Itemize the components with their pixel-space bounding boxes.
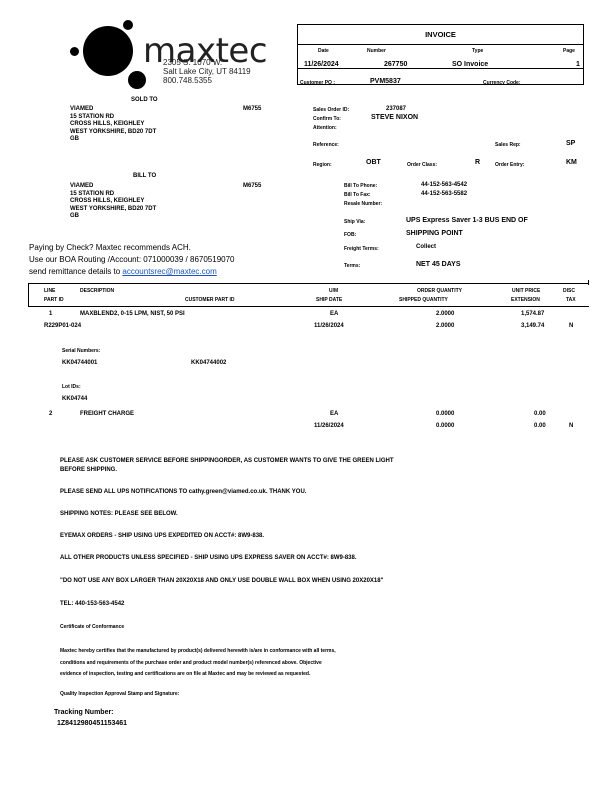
tracking-label: Tracking Number: <box>54 709 114 716</box>
row-tax: N <box>569 323 573 329</box>
row-extension: 0.00 <box>534 423 546 429</box>
sales-rep: SP <box>566 140 575 147</box>
col-shipped-qty: SHIPPED QUANTITY <box>399 297 448 303</box>
logo-dot-large <box>83 26 133 76</box>
certificate-body: Maxtec hereby certifies that the manufac… <box>60 646 336 681</box>
order-class: R <box>475 159 480 166</box>
freight-terms-label: Freight Terms: <box>344 246 379 252</box>
company-address-line1: 2305 S. 1070 W. <box>163 58 222 67</box>
row-part-id: R229P01-024 <box>44 323 81 329</box>
customer-po: PVM5837 <box>370 78 401 85</box>
order-entry: KM <box>566 159 577 166</box>
invoice-type: SO Invoice <box>452 61 488 68</box>
row-line: 1 <box>49 311 52 317</box>
bill-to-line: CROSS HILLS, KEIGHLEY <box>70 198 156 206</box>
sales-rep-label: Sales Rep: <box>495 142 521 148</box>
line-items-header <box>28 283 589 307</box>
certificate-body-line: conditions and requirements of the purch… <box>60 658 336 670</box>
ship-via: UPS Express Saver 1-3 BUS END OF <box>406 217 528 224</box>
terms: NET 45 DAYS <box>416 261 460 268</box>
resale-number-label: Resale Number: <box>344 201 382 207</box>
serial-numbers-label: Serial Numbers: <box>62 348 100 354</box>
row-tax: N <box>569 423 573 429</box>
note-line: "DO NOT USE ANY BOX LARGER THAN 20X20X18… <box>60 578 383 584</box>
customer-po-label: Customer PO : <box>300 80 335 86</box>
reference-label: Reference: <box>313 142 339 148</box>
sold-to-heading: SOLD TO <box>131 97 158 103</box>
col-customer-part-id: CUSTOMER PART ID <box>185 297 235 303</box>
invoice-header-box: INVOICE <box>297 24 584 85</box>
col-order-qty: ORDER QUANTITY <box>417 288 462 294</box>
payment-note-line1: Paying by Check? Maxtec recommends ACH. <box>29 243 191 252</box>
col-line: LINE <box>44 288 55 294</box>
freight-terms: Collect <box>416 244 436 250</box>
payment-note-line2: Use our BOA Routing /Account: 071000039 … <box>29 255 234 264</box>
logo-dot-small-top <box>123 20 133 30</box>
lot-ids-label: Lot IDs: <box>62 384 81 390</box>
row-shipped-qty: 2.0000 <box>436 323 454 329</box>
logo-dot-small-left <box>70 47 79 56</box>
ship-via-label: Ship Via: <box>344 219 365 225</box>
invoice-box-divider <box>298 68 583 69</box>
row-ship-date: 11/26/2024 <box>314 423 344 429</box>
currency-code-label: Currency Code: <box>483 80 521 86</box>
remittance-email-link[interactable]: accountsrec@maxtec.com <box>122 267 216 276</box>
invoice-date: 11/26/2024 <box>304 61 339 68</box>
col-tax: TAX <box>566 297 576 303</box>
row-unit-price: 1,574.87 <box>521 311 544 317</box>
row-description: FREIGHT CHARGE <box>80 411 134 417</box>
row-description: MAXBLEND2, 0-15 LPM, NIST, 50 PSI <box>80 311 185 317</box>
bill-to-name: VIAMED <box>70 183 156 191</box>
col-disc: DISC <box>563 288 575 294</box>
serial-number: KK04744001 <box>62 360 97 366</box>
sales-order-label: Sales Order ID: <box>313 107 349 113</box>
sold-to-line: CROSS HILLS, KEIGHLEY <box>70 121 156 129</box>
row-um: EA <box>330 411 338 417</box>
bill-to-heading: BILL TO <box>133 173 156 179</box>
region: OBT <box>366 159 381 166</box>
invoice-number-label: Number <box>367 48 386 54</box>
row-line: 2 <box>49 411 52 417</box>
lot-id: KK04744 <box>62 396 87 402</box>
bill-to-line: 15 STATION RD <box>70 191 156 199</box>
bill-to-fax: 44-152-563-5582 <box>421 191 467 197</box>
sold-to-line: 15 STATION RD <box>70 114 156 122</box>
row-um: EA <box>330 311 338 317</box>
signature-label: Quality Inspection Approval Stamp and Si… <box>60 691 179 697</box>
region-label: Region: <box>313 162 332 168</box>
fob: SHIPPING POINT <box>406 230 463 237</box>
invoice-type-label: Type <box>472 48 483 54</box>
note-line: SHIPPING NOTES: PLEASE SEE BELOW. <box>60 511 178 517</box>
payment-note-line3: send remittance details to accountsrec@m… <box>29 267 217 276</box>
bill-to-phone-label: Bill To Phone: <box>344 183 377 189</box>
terms-label: Terms: <box>344 263 360 269</box>
invoice-page: 1 <box>576 61 580 68</box>
row-extension: 3,149.74 <box>521 323 544 329</box>
bill-to-fax-label: Bill To Fax: <box>344 192 371 198</box>
row-order-qty: 2.0000 <box>436 311 454 317</box>
payment-note-prefix: send remittance details to <box>29 267 122 276</box>
col-um: U/M <box>329 288 338 294</box>
bill-to-line: GB <box>70 213 156 221</box>
sold-to-line: WEST YORKSHIRE, BD20 7DT <box>70 129 156 137</box>
invoice-date-label: Date <box>318 48 329 54</box>
bill-to-customer-id: M6755 <box>243 183 261 189</box>
col-part-id: PART ID <box>44 297 64 303</box>
certificate-heading: Certificate of Conformance <box>60 624 124 630</box>
note-line: BEFORE SHIPPING. <box>60 467 117 473</box>
col-extension: EXTENSION <box>511 297 540 303</box>
header-corner-tick <box>588 280 589 285</box>
col-description: DESCRIPTION <box>80 288 114 294</box>
row-unit-price: 0.00 <box>534 411 546 417</box>
sales-order-id: 237087 <box>386 106 406 112</box>
invoice-page-label: Page <box>563 48 575 54</box>
order-entry-label: Order Entry: <box>495 162 524 168</box>
attention-label: Attention: <box>313 125 337 131</box>
note-line: PLEASE SEND ALL UPS NOTIFICATIONS TO cat… <box>60 489 306 495</box>
sold-to-name: VIAMED <box>70 106 156 114</box>
certificate-body-line: Maxtec hereby certifies that the manufac… <box>60 646 336 658</box>
sold-to-address: VIAMED 15 STATION RD CROSS HILLS, KEIGHL… <box>70 106 156 144</box>
bill-to-phone: 44-152-563-4542 <box>421 182 467 188</box>
company-phone: 800.748.5355 <box>163 76 212 85</box>
invoice-number: 267750 <box>384 61 407 68</box>
order-class-label: Order Class: <box>407 162 437 168</box>
note-line: TEL: 440-153-563-4542 <box>60 601 124 607</box>
note-line: ALL OTHER PRODUCTS UNLESS SPECIFIED - SH… <box>60 555 357 561</box>
col-ship-date: SHIP DATE <box>316 297 342 303</box>
company-address-line2: Salt Lake City, UT 84119 <box>163 67 251 76</box>
sold-to-customer-id: M6755 <box>243 106 261 112</box>
confirm-to-label: Confirm To: <box>313 116 341 122</box>
row-shipped-qty: 0.0000 <box>436 423 454 429</box>
serial-number: KK04744002 <box>191 360 226 366</box>
row-ship-date: 11/26/2024 <box>314 323 344 329</box>
sold-to-line: GB <box>70 136 156 144</box>
logo-dot-medium-bottom <box>128 71 146 89</box>
confirm-to: STEVE NIXON <box>371 114 418 121</box>
invoice-title: INVOICE <box>298 25 583 45</box>
tracking-number: 1Z8412980451153461 <box>57 720 127 727</box>
note-line: PLEASE ASK CUSTOMER SERVICE BEFORE SHIPP… <box>60 458 394 464</box>
row-order-qty: 0.0000 <box>436 411 454 417</box>
note-line: EYEMAX ORDERS - SHIP USING UPS EXPEDITED… <box>60 533 264 539</box>
bill-to-address: VIAMED 15 STATION RD CROSS HILLS, KEIGHL… <box>70 183 156 221</box>
bill-to-line: WEST YORKSHIRE, BD20 7DT <box>70 206 156 214</box>
certificate-body-line: evidence of inspection, testing and cert… <box>60 669 336 681</box>
fob-label: FOB: <box>344 232 356 238</box>
col-unit-price: UNIT PRICE <box>512 288 540 294</box>
